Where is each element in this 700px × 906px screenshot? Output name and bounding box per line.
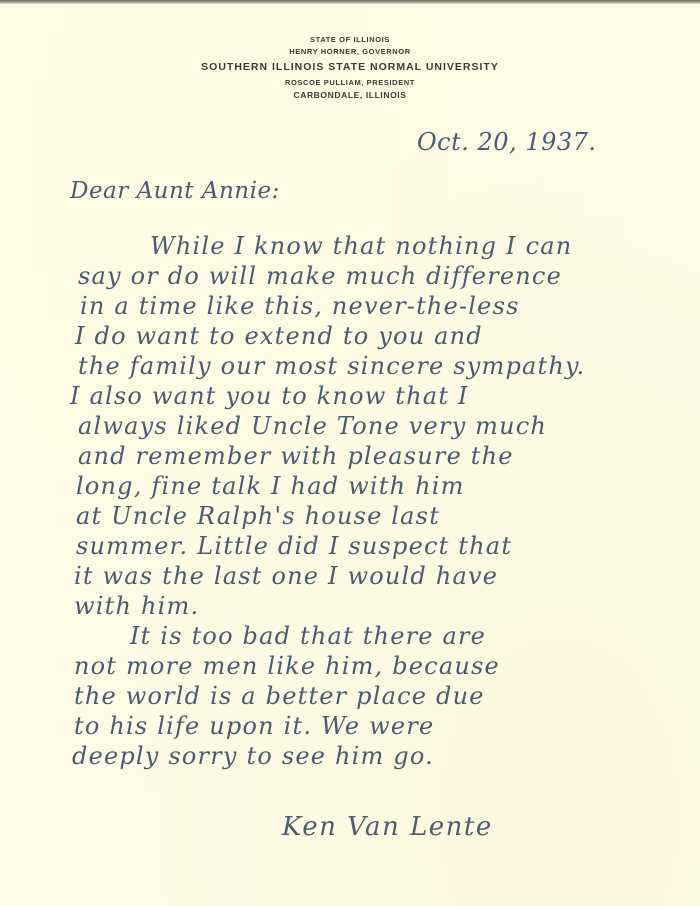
body-line: I do want to extend to you and: [75, 322, 483, 350]
body-line: deeply sorry to see him go.: [72, 742, 434, 770]
body-line: the family our most sincere sympathy.: [78, 352, 585, 380]
body-line: always liked Uncle Tone very much: [78, 412, 547, 440]
body-line: with him.: [74, 592, 199, 620]
body-line: and remember with pleasure the: [78, 442, 514, 470]
signature: Ken Van Lente: [282, 812, 493, 842]
body-line: I also want you to know that I: [70, 382, 469, 410]
letterhead-location: CARBONDALE, ILLINOIS: [0, 89, 700, 102]
body-line: While I know that nothing I can: [150, 232, 572, 260]
letterhead-president: ROSCOE PULLIAM, PRESIDENT: [0, 77, 700, 89]
body-line: not more men like him, because: [74, 652, 500, 680]
body-line: it was the last one I would have: [74, 562, 498, 590]
body-line: long, fine talk I had with him: [76, 472, 465, 500]
paper-top-edge: [0, 0, 700, 4]
letterhead-governor: HENRY HORNER, GOVERNOR: [0, 46, 700, 58]
body-line: It is too bad that there are: [130, 622, 486, 650]
body-line: in a time like this, never-the-less: [80, 292, 520, 320]
letter-salutation: Dear Aunt Annie:: [70, 178, 280, 204]
letterhead-institution: SOUTHERN ILLINOIS STATE NORMAL UNIVERSIT…: [0, 59, 700, 75]
body-line: to his life upon it. We were: [74, 712, 434, 740]
body-line: the world is a better place due: [74, 682, 485, 710]
letterhead: STATE OF ILLINOIS HENRY HORNER, GOVERNOR…: [0, 34, 700, 102]
body-line: say or do will make much difference: [78, 262, 562, 290]
letterhead-state: STATE OF ILLINOIS: [0, 34, 700, 46]
body-line: summer. Little did I suspect that: [76, 532, 512, 560]
letter-date: Oct. 20, 1937.: [417, 128, 597, 156]
body-line: at Uncle Ralph's house last: [76, 502, 440, 530]
